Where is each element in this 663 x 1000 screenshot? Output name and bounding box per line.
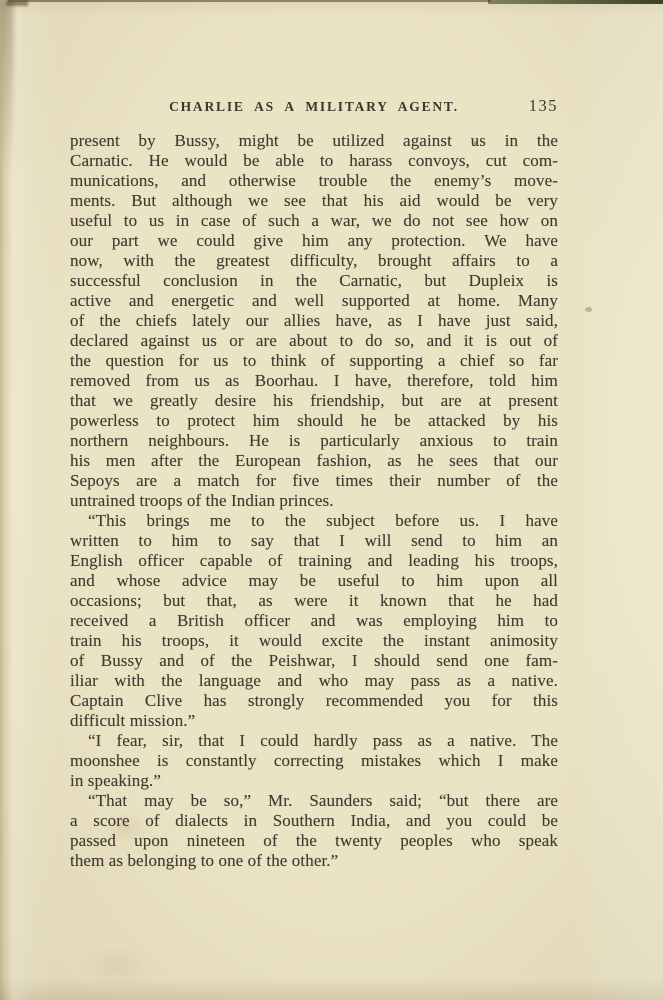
text-line: his men after the European fashion, as h… [70, 451, 558, 471]
scan-edge-top-right-strip [488, 0, 663, 4]
text-line: removed from us as Boorhau. I have, ther… [70, 371, 558, 391]
text-line: untrained troops of the Indian princes. [70, 491, 558, 511]
text-line: “I fear, sir, that I could hardly pass a… [70, 731, 558, 751]
text-line: of the chiefs lately our allies have, as… [70, 311, 558, 331]
chapter-header: CHARLIE AS A MILITARY AGENT. [70, 99, 558, 115]
text-line: “This brings me to the subject before us… [70, 511, 558, 531]
scan-edge-top-line [8, 0, 491, 2]
text-line: now, with the greatest difficulty, broug… [70, 251, 558, 271]
text-line: and whose advice may be useful to him up… [70, 571, 558, 591]
text-line: northern neighbours. He is particularly … [70, 431, 558, 451]
text-line: munications, and otherwise trouble the e… [70, 171, 558, 191]
text-line: successful conclusion in the Carnatic, b… [70, 271, 558, 291]
running-head: CHARLIE AS A MILITARY AGENT. 135 [70, 99, 558, 119]
text-line: written to him to say that I will send t… [70, 531, 558, 551]
text-line: passed upon nineteen of the twenty peopl… [70, 831, 558, 851]
text-line: our part we could give him any protectio… [70, 231, 558, 251]
text-line: English officer capable of training and … [70, 551, 558, 571]
text-line: of Bussy and of the Peishwar, I should s… [70, 651, 558, 671]
text-line: the question for us to think of supporti… [70, 351, 558, 371]
body-text: present by Bussy, might be utilized agai… [70, 131, 558, 871]
text-line: Carnatic. He would be able to harass con… [70, 151, 558, 171]
scan-left-shadow [0, 0, 14, 170]
text-line: “That may be so,” Mr. Saunders said; “bu… [70, 791, 558, 811]
text-line: declared against us or are about to do s… [70, 331, 558, 351]
paper-speck [585, 307, 592, 312]
text-line: a score of dialects in Southern India, a… [70, 811, 558, 831]
text-line: powerless to protect him should he be at… [70, 411, 558, 431]
text-line: received a British officer and was emplo… [70, 611, 558, 631]
text-line: moonshee is constantly correcting mistak… [70, 751, 558, 771]
text-line: occasions; but that, as were it known th… [70, 591, 558, 611]
text-line: in speaking.” [70, 771, 558, 791]
text-line: useful to us in case of such a war, we d… [70, 211, 558, 231]
text-line: iliar with the language and who may pass… [70, 671, 558, 691]
book-page: CHARLIE AS A MILITARY AGENT. 135 present… [0, 0, 663, 1000]
text-line: Sepoys are a match for five times their … [70, 471, 558, 491]
text-line: train his troops, it would excite the in… [70, 631, 558, 651]
text-line: Captain Clive has strongly recommended y… [70, 691, 558, 711]
text-line: present by Bussy, might be utilized agai… [70, 131, 558, 151]
paper-stain [82, 944, 152, 988]
text-line: ments. But although we see that his aid … [70, 191, 558, 211]
text-line: active and energetic and well supported … [70, 291, 558, 311]
page-number: 135 [529, 96, 558, 116]
text-line: them as belonging to one of the other.” [70, 851, 558, 871]
text-line: that we greatly desire his friendship, b… [70, 391, 558, 411]
text-line: difficult mission.” [70, 711, 558, 731]
